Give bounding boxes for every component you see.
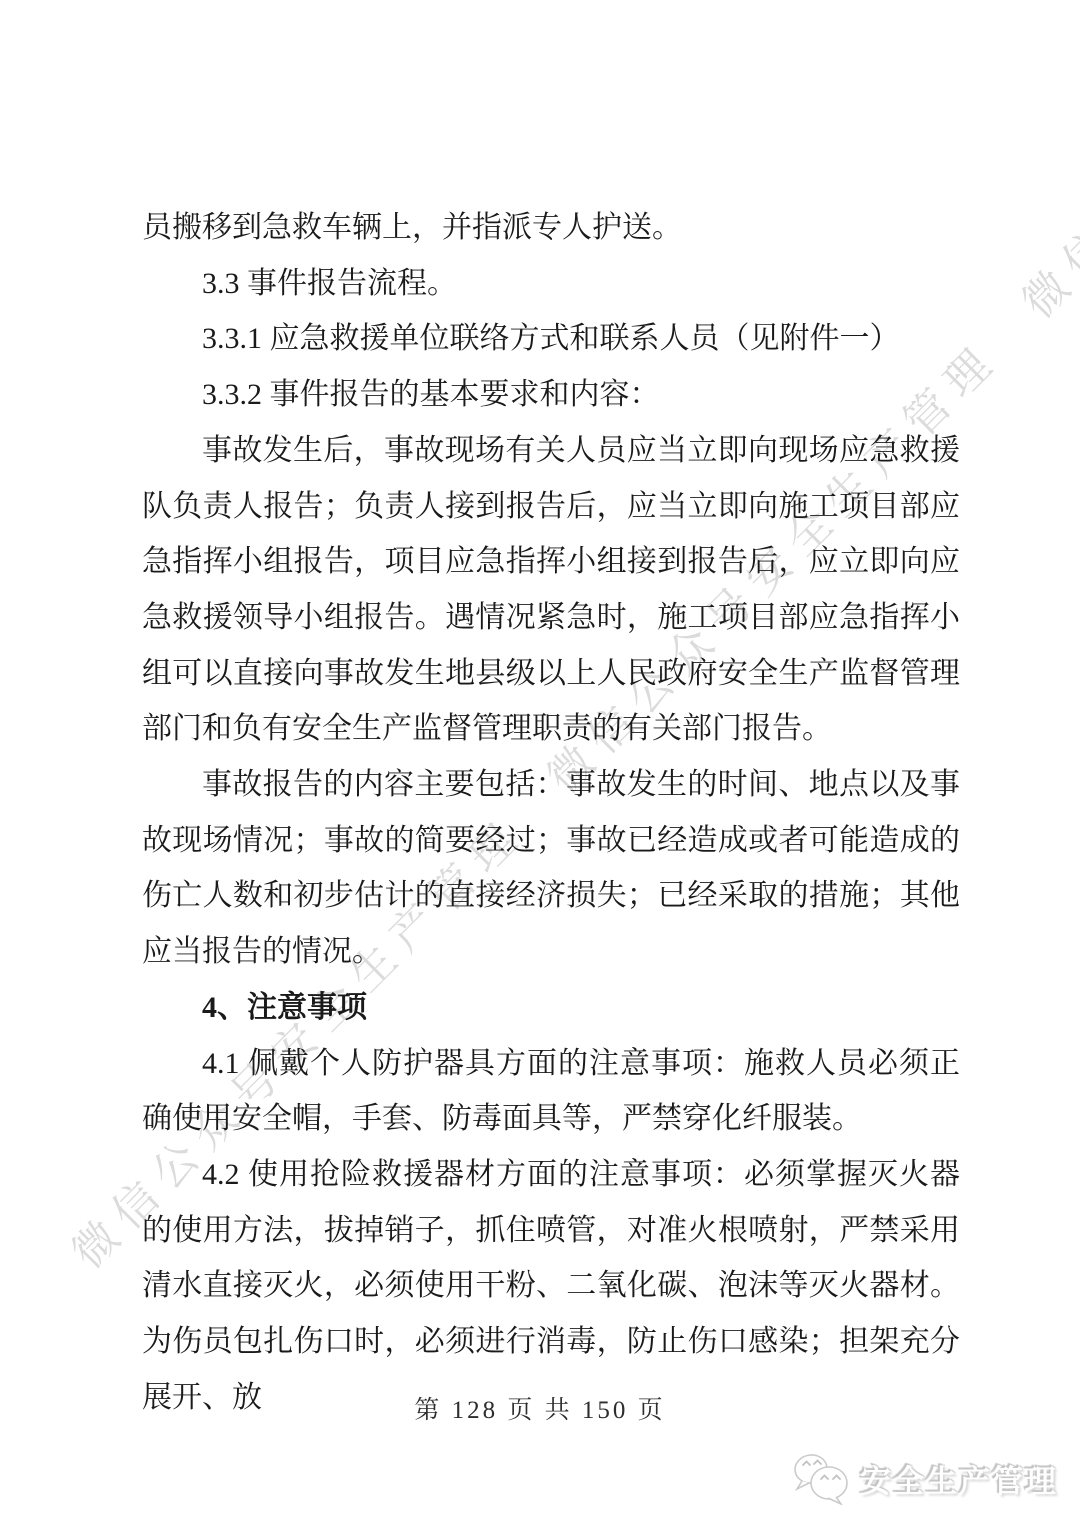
paragraph-4-1: 4.1 佩戴个人防护器具方面的注意事项：施救人员必须正确使用安全帽，手套、防毒面… (142, 1036, 960, 1147)
heading-4-notes: 4、注意事项 (142, 980, 960, 1036)
paragraph-4-2: 4.2 使用抢险救援器材方面的注意事项：必须掌握灭火器的使用方法，拔掉销子，抓住… (142, 1147, 960, 1426)
document-body: 员搬移到急救车辆上，并指派专人护送。 3.3 事件报告流程。 3.3.1 应急救… (142, 200, 960, 1425)
heading-3-3: 3.3 事件报告流程。 (142, 256, 960, 312)
brand-name: 安全生产管理 (860, 1456, 1058, 1501)
paragraph-report-flow: 事故发生后，事故现场有关人员应当立即向现场应急救援队负责人报告；负责人接到报告后… (142, 423, 960, 757)
brand-watermark: 安全生产管理 (792, 1450, 1058, 1506)
page-number: 第 128 页 共 150 页 (0, 1390, 1080, 1426)
paragraph-continuation: 员搬移到急救车辆上，并指派专人护送。 (142, 200, 960, 256)
heading-3-3-2: 3.3.2 事件报告的基本要求和内容： (142, 367, 960, 423)
wechat-icon (792, 1451, 850, 1505)
heading-3-3-1: 3.3.1 应急救援单位联络方式和联系人员（见附件一） (142, 311, 960, 367)
paragraph-report-content: 事故报告的内容主要包括：事故发生的时间、地点以及事故现场情况；事故的简要经过；事… (142, 757, 960, 980)
document-page: 微信公众号安全生产管理 微信公众号安全生产管理 微信公众号安全生产管理 员搬移到… (0, 0, 1080, 1528)
